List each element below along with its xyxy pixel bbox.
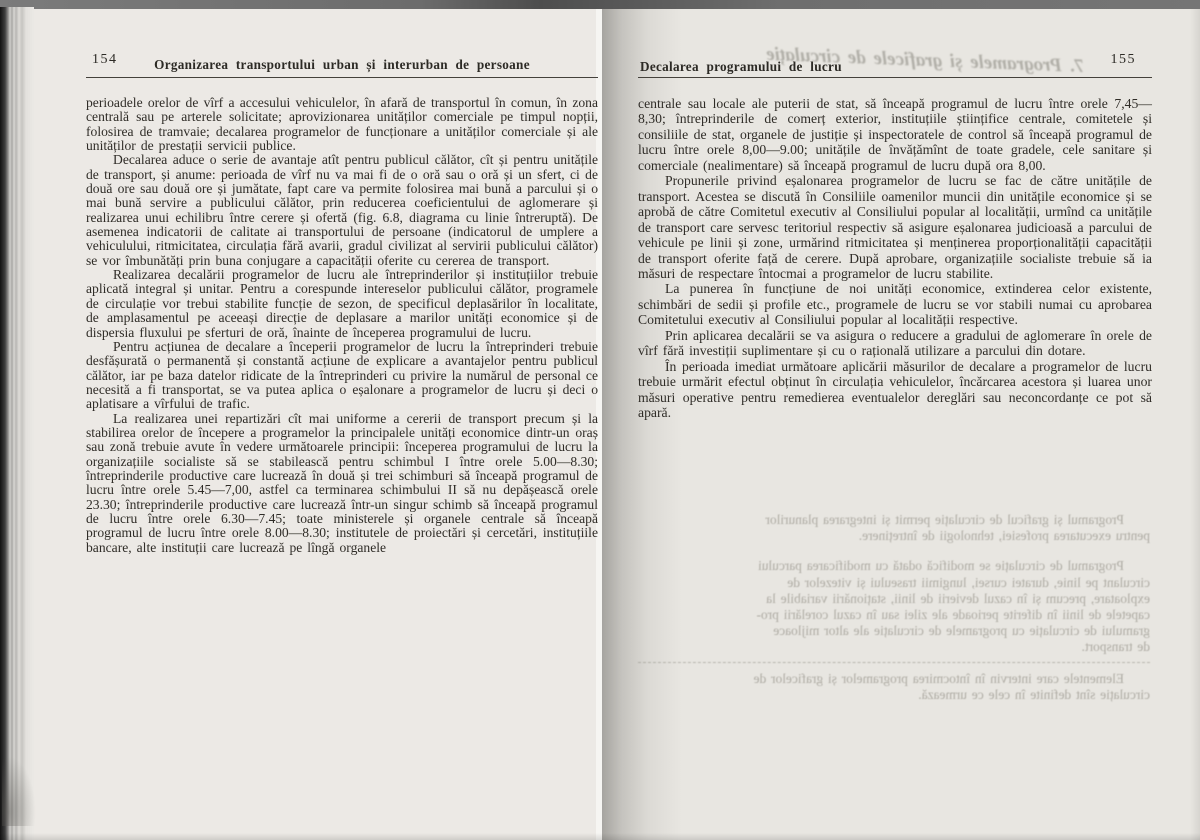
bleedthrough-line: Programul și graficul de circulație perm… — [638, 512, 1150, 528]
bleedthrough-line: exploatare, precum și în cazul devierii … — [638, 591, 1150, 607]
paragraph: centrale sau locale ale puterii de stat,… — [638, 96, 1152, 173]
left-page-text: perioadele orelor de vîrf a accesului ve… — [86, 96, 598, 555]
bleedthrough-line: Programul de circulație se modifică odat… — [638, 558, 1150, 574]
right-page-content: Decalarea programului de lucru 155 centr… — [638, 50, 1152, 421]
paragraph: perioadele orelor de vîrf a accesului ve… — [86, 96, 598, 153]
scan-bottom-shadow — [0, 833, 1200, 840]
bleedthrough-rule — [638, 662, 1150, 663]
right-page-number: 155 — [1111, 52, 1137, 68]
bleedthrough-line: gramului de circulație cu programele de … — [638, 623, 1150, 639]
bleedthrough-line: de transport. — [638, 639, 1150, 655]
bleedthrough-text: Programul și graficul de circulație perm… — [638, 512, 1150, 703]
paragraph: La realizarea unei repartizări cît mai u… — [86, 412, 598, 555]
right-running-header: Decalarea programului de lucru 155 — [638, 50, 1152, 78]
bleedthrough-line: Elementele care intervin în întocmirea p… — [638, 671, 1150, 687]
book-scan: 7. Programele și graficele de circulație… — [0, 0, 1200, 840]
scanner-edge-top — [0, 0, 1200, 9]
bleedthrough-line: capetele de linii în diferite perioade a… — [638, 607, 1150, 623]
paragraph: Pentru acțiunea de decalare a începerii … — [86, 340, 598, 412]
page-corner-shadow — [2, 756, 36, 826]
right-page-text: centrale sau locale ale puterii de stat,… — [638, 96, 1152, 421]
bleedthrough-line: circulant pe linie, duratei cursei, lung… — [638, 575, 1150, 591]
paragraph: Decalarea aduce o serie de avantaje atît… — [86, 153, 598, 268]
paragraph: La punerea în funcțiune de noi unități e… — [638, 281, 1152, 327]
bleedthrough-line: pentru executarea profesiei, tehnologii … — [638, 528, 1150, 544]
left-running-header: 154 Organizarea transportului urban și i… — [86, 50, 598, 78]
left-page-content: 154 Organizarea transportului urban și i… — [86, 50, 598, 555]
page-stack-edge — [0, 7, 34, 840]
paragraph: Propunerile privind eșalonarea programel… — [638, 173, 1152, 281]
paragraph: Realizarea decalării programelor de lucr… — [86, 268, 598, 340]
right-header-title: Decalarea programului de lucru — [640, 59, 842, 75]
bleedthrough-line: circulație sînt definite în cele ce urme… — [638, 687, 1150, 703]
paragraph: În perioada imediat următoare aplicării … — [638, 359, 1152, 421]
paragraph: Prin aplicarea decalării se va asigura o… — [638, 328, 1152, 359]
left-header-title: Organizarea transportului urban și inter… — [86, 57, 598, 73]
